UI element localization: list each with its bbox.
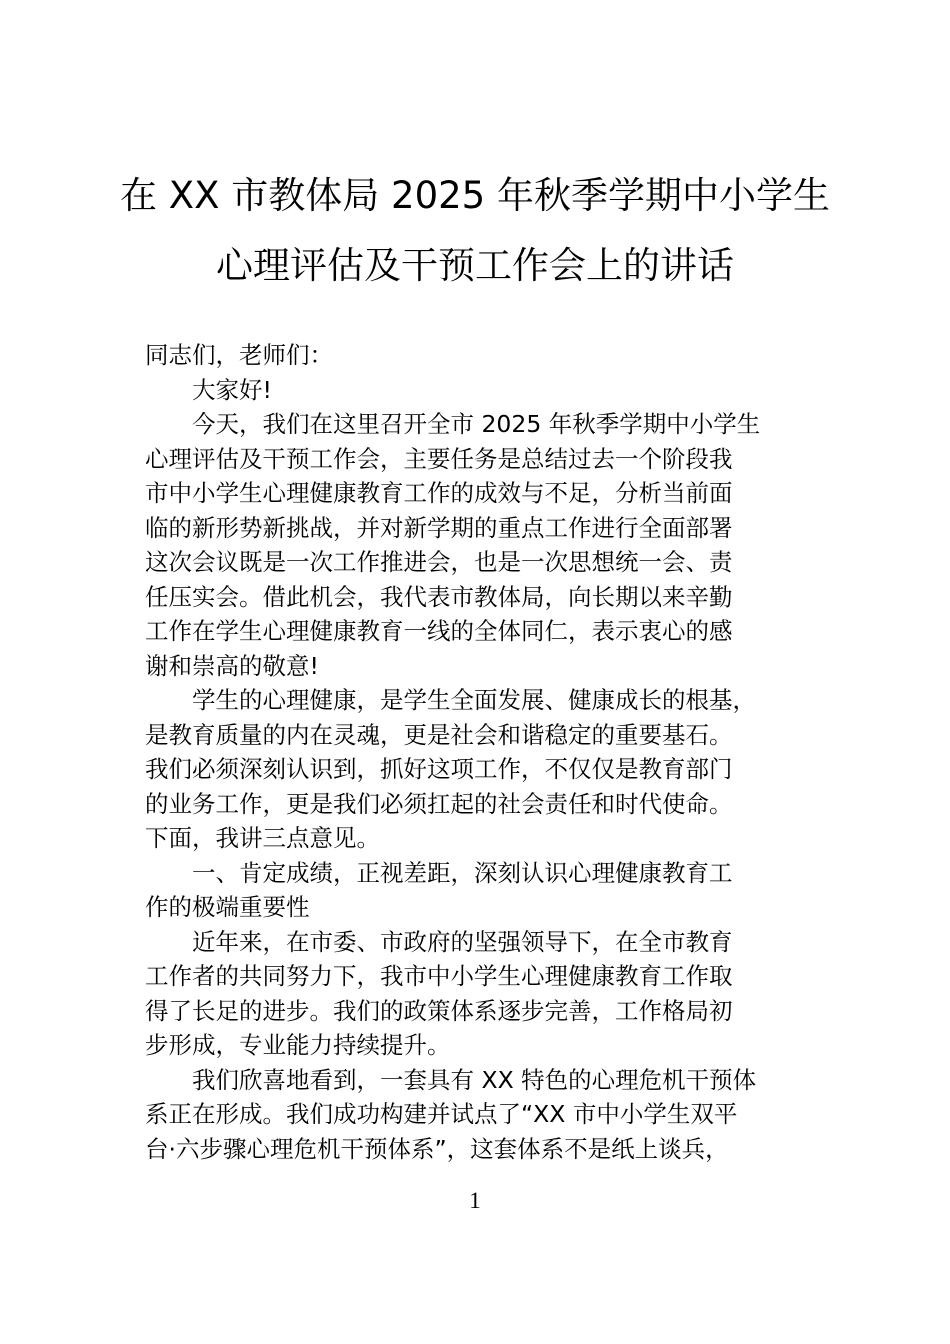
section-heading-1: 一、肯定成绩，正视差距，深刻认识心理健康教育工 作的极端重要性 — [145, 856, 835, 925]
paragraph-opening: 今天，我们在这里召开全市 2025 年秋季学期中小学生 心理评估及干预工作会，主… — [145, 407, 835, 683]
paragraph-line: 是教育质量的内在灵魂，更是社会和谐稳定的重要基石。 — [145, 718, 835, 753]
paragraph-line: 我们欣喜地看到，一套具有 XX 特色的心理危机干预体 — [145, 1063, 835, 1098]
paragraph-line: 谢和崇高的敬意! — [145, 649, 835, 684]
document-body: 同志们，老师们： 大家好! 今天，我们在这里召开全市 2025 年秋季学期中小学… — [145, 338, 835, 1166]
paragraph-line: 台·六步骤心理危机干预体系”，这套体系不是纸上谈兵， — [145, 1132, 835, 1167]
greeting: 大家好! — [145, 373, 835, 408]
paragraph-line: 心理评估及干预工作会，主要任务是总结过去一个阶段我 — [145, 442, 835, 477]
paragraph-line: 下面，我讲三点意见。 — [145, 821, 835, 856]
paragraph-line: 工作者的共同努力下，我市中小学生心理健康教育工作取 — [145, 959, 835, 994]
paragraph-line: 市中小学生心理健康教育工作的成效与不足，分析当前面 — [145, 476, 835, 511]
paragraph-line: 近年来，在市委、市政府的坚强领导下，在全市教育 — [145, 925, 835, 960]
paragraph-line: 任压实会。借此机会，我代表市教体局，向长期以来辛勤 — [145, 580, 835, 615]
paragraph-importance: 学生的心理健康，是学生全面发展、健康成长的根基， 是教育质量的内在灵魂，更是社会… — [145, 683, 835, 856]
paragraph-line: 学生的心理健康，是学生全面发展、健康成长的根基， — [145, 683, 835, 718]
paragraph-line: 这次会议既是一次工作推进会，也是一次思想统一会、责 — [145, 545, 835, 580]
paragraph-line: 临的新形势新挑战，并对新学期的重点工作进行全面部署 — [145, 511, 835, 546]
document-title-line-2: 心理评估及干预工作会上的讲话 — [0, 244, 950, 288]
paragraph-line: 步形成，专业能力持续提升。 — [145, 1028, 835, 1063]
paragraph-system: 我们欣喜地看到，一套具有 XX 特色的心理危机干预体 系正在形成。我们成功构建并… — [145, 1063, 835, 1167]
paragraph-line: 工作在学生心理健康教育一线的全体同仁，表示衷心的感 — [145, 614, 835, 649]
paragraph-line: 我们必须深刻认识到，抓好这项工作，不仅仅是教育部门 — [145, 752, 835, 787]
paragraph-progress: 近年来，在市委、市政府的坚强领导下，在全市教育 工作者的共同努力下，我市中小学生… — [145, 925, 835, 1063]
paragraph-line: 的业务工作，更是我们必须扛起的社会责任和时代使命。 — [145, 787, 835, 822]
salutation: 同志们，老师们： — [145, 338, 835, 373]
document-title-line-1: 在 XX 市教体局 2025 年秋季学期中小学生 — [0, 174, 950, 218]
section-heading-line: 作的极端重要性 — [145, 890, 835, 925]
paragraph-line: 得了长足的进步。我们的政策体系逐步完善，工作格局初 — [145, 994, 835, 1029]
document-page: 在 XX 市教体局 2025 年秋季学期中小学生 心理评估及干预工作会上的讲话 … — [0, 0, 950, 1344]
paragraph-line: 今天，我们在这里召开全市 2025 年秋季学期中小学生 — [145, 407, 835, 442]
page-number: 1 — [0, 1188, 950, 1214]
section-heading-line: 一、肯定成绩，正视差距，深刻认识心理健康教育工 — [145, 856, 835, 891]
paragraph-line: 系正在形成。我们成功构建并试点了“XX 市中小学生双平 — [145, 1097, 835, 1132]
